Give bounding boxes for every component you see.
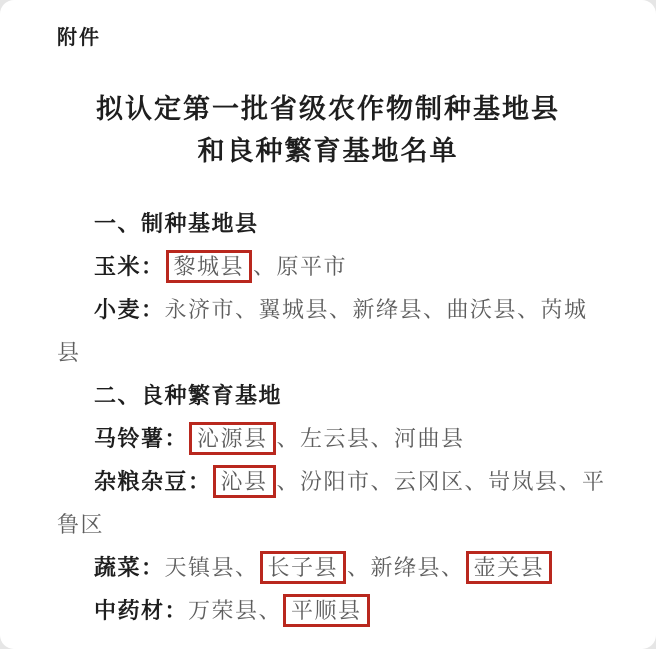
list-row: 杂粮杂豆：沁县、汾阳市、云冈区、岢岚县、平 (57, 460, 626, 503)
county-list-text: 鲁区 (57, 512, 104, 537)
county-list-text: 、新绛县、 (347, 555, 465, 580)
county-list-text: 县 (57, 340, 81, 365)
category-label: 马铃薯： (94, 426, 188, 451)
list-row: 马铃薯：沁源县、左云县、河曲县 (57, 417, 626, 460)
highlighted-county: 沁县 (213, 465, 276, 498)
section-heading: 二、良种繁育基地 (57, 374, 626, 417)
category-label: 一、制种基地县 (94, 211, 259, 236)
list-row: 鲁区 (57, 503, 626, 546)
category-label: 中药材： (94, 598, 188, 623)
section-heading: 一、制种基地县 (57, 202, 626, 245)
document-page: 附件 拟认定第一批省级农作物制种基地县 和良种繁育基地名单 一、制种基地县玉米：… (0, 0, 656, 649)
category-label: 蔬菜： (94, 555, 165, 580)
highlighted-county: 平顺县 (283, 594, 370, 627)
county-list-text: 天镇县、 (165, 555, 259, 580)
base-county-list: 一、制种基地县玉米：黎城县、原平市小麦：永济市、翼城县、新绛县、曲沃县、芮城县二… (0, 202, 656, 632)
document-title-line1: 拟认定第一批省级农作物制种基地县 (0, 88, 656, 130)
category-label: 小麦： (94, 297, 165, 322)
county-list-text: 万荣县、 (188, 598, 282, 623)
document-title: 拟认定第一批省级农作物制种基地县 和良种繁育基地名单 (0, 88, 656, 172)
highlighted-county: 长子县 (260, 551, 347, 584)
attachment-label: 附件 (57, 24, 656, 52)
category-label: 二、良种繁育基地 (94, 383, 282, 408)
list-row: 玉米：黎城县、原平市 (57, 245, 626, 288)
highlighted-county: 沁源县 (189, 422, 276, 455)
list-row: 小麦：永济市、翼城县、新绛县、曲沃县、芮城 (57, 288, 626, 331)
list-row: 县 (57, 331, 626, 374)
category-label: 杂粮杂豆： (94, 469, 212, 494)
county-list-text: 永济市、翼城县、新绛县、曲沃县、芮城 (165, 297, 588, 322)
document-title-line2: 和良种繁育基地名单 (0, 130, 656, 172)
highlighted-county: 黎城县 (166, 250, 253, 283)
highlighted-county: 壶关县 (466, 551, 553, 584)
county-list-text: 、左云县、河曲县 (277, 426, 465, 451)
list-row: 中药材：万荣县、平顺县 (57, 589, 626, 632)
county-list-text: 、原平市 (253, 254, 347, 279)
list-row: 蔬菜：天镇县、长子县、新绛县、壶关县 (57, 546, 626, 589)
category-label: 玉米： (94, 254, 165, 279)
county-list-text: 、汾阳市、云冈区、岢岚县、平 (277, 469, 606, 494)
